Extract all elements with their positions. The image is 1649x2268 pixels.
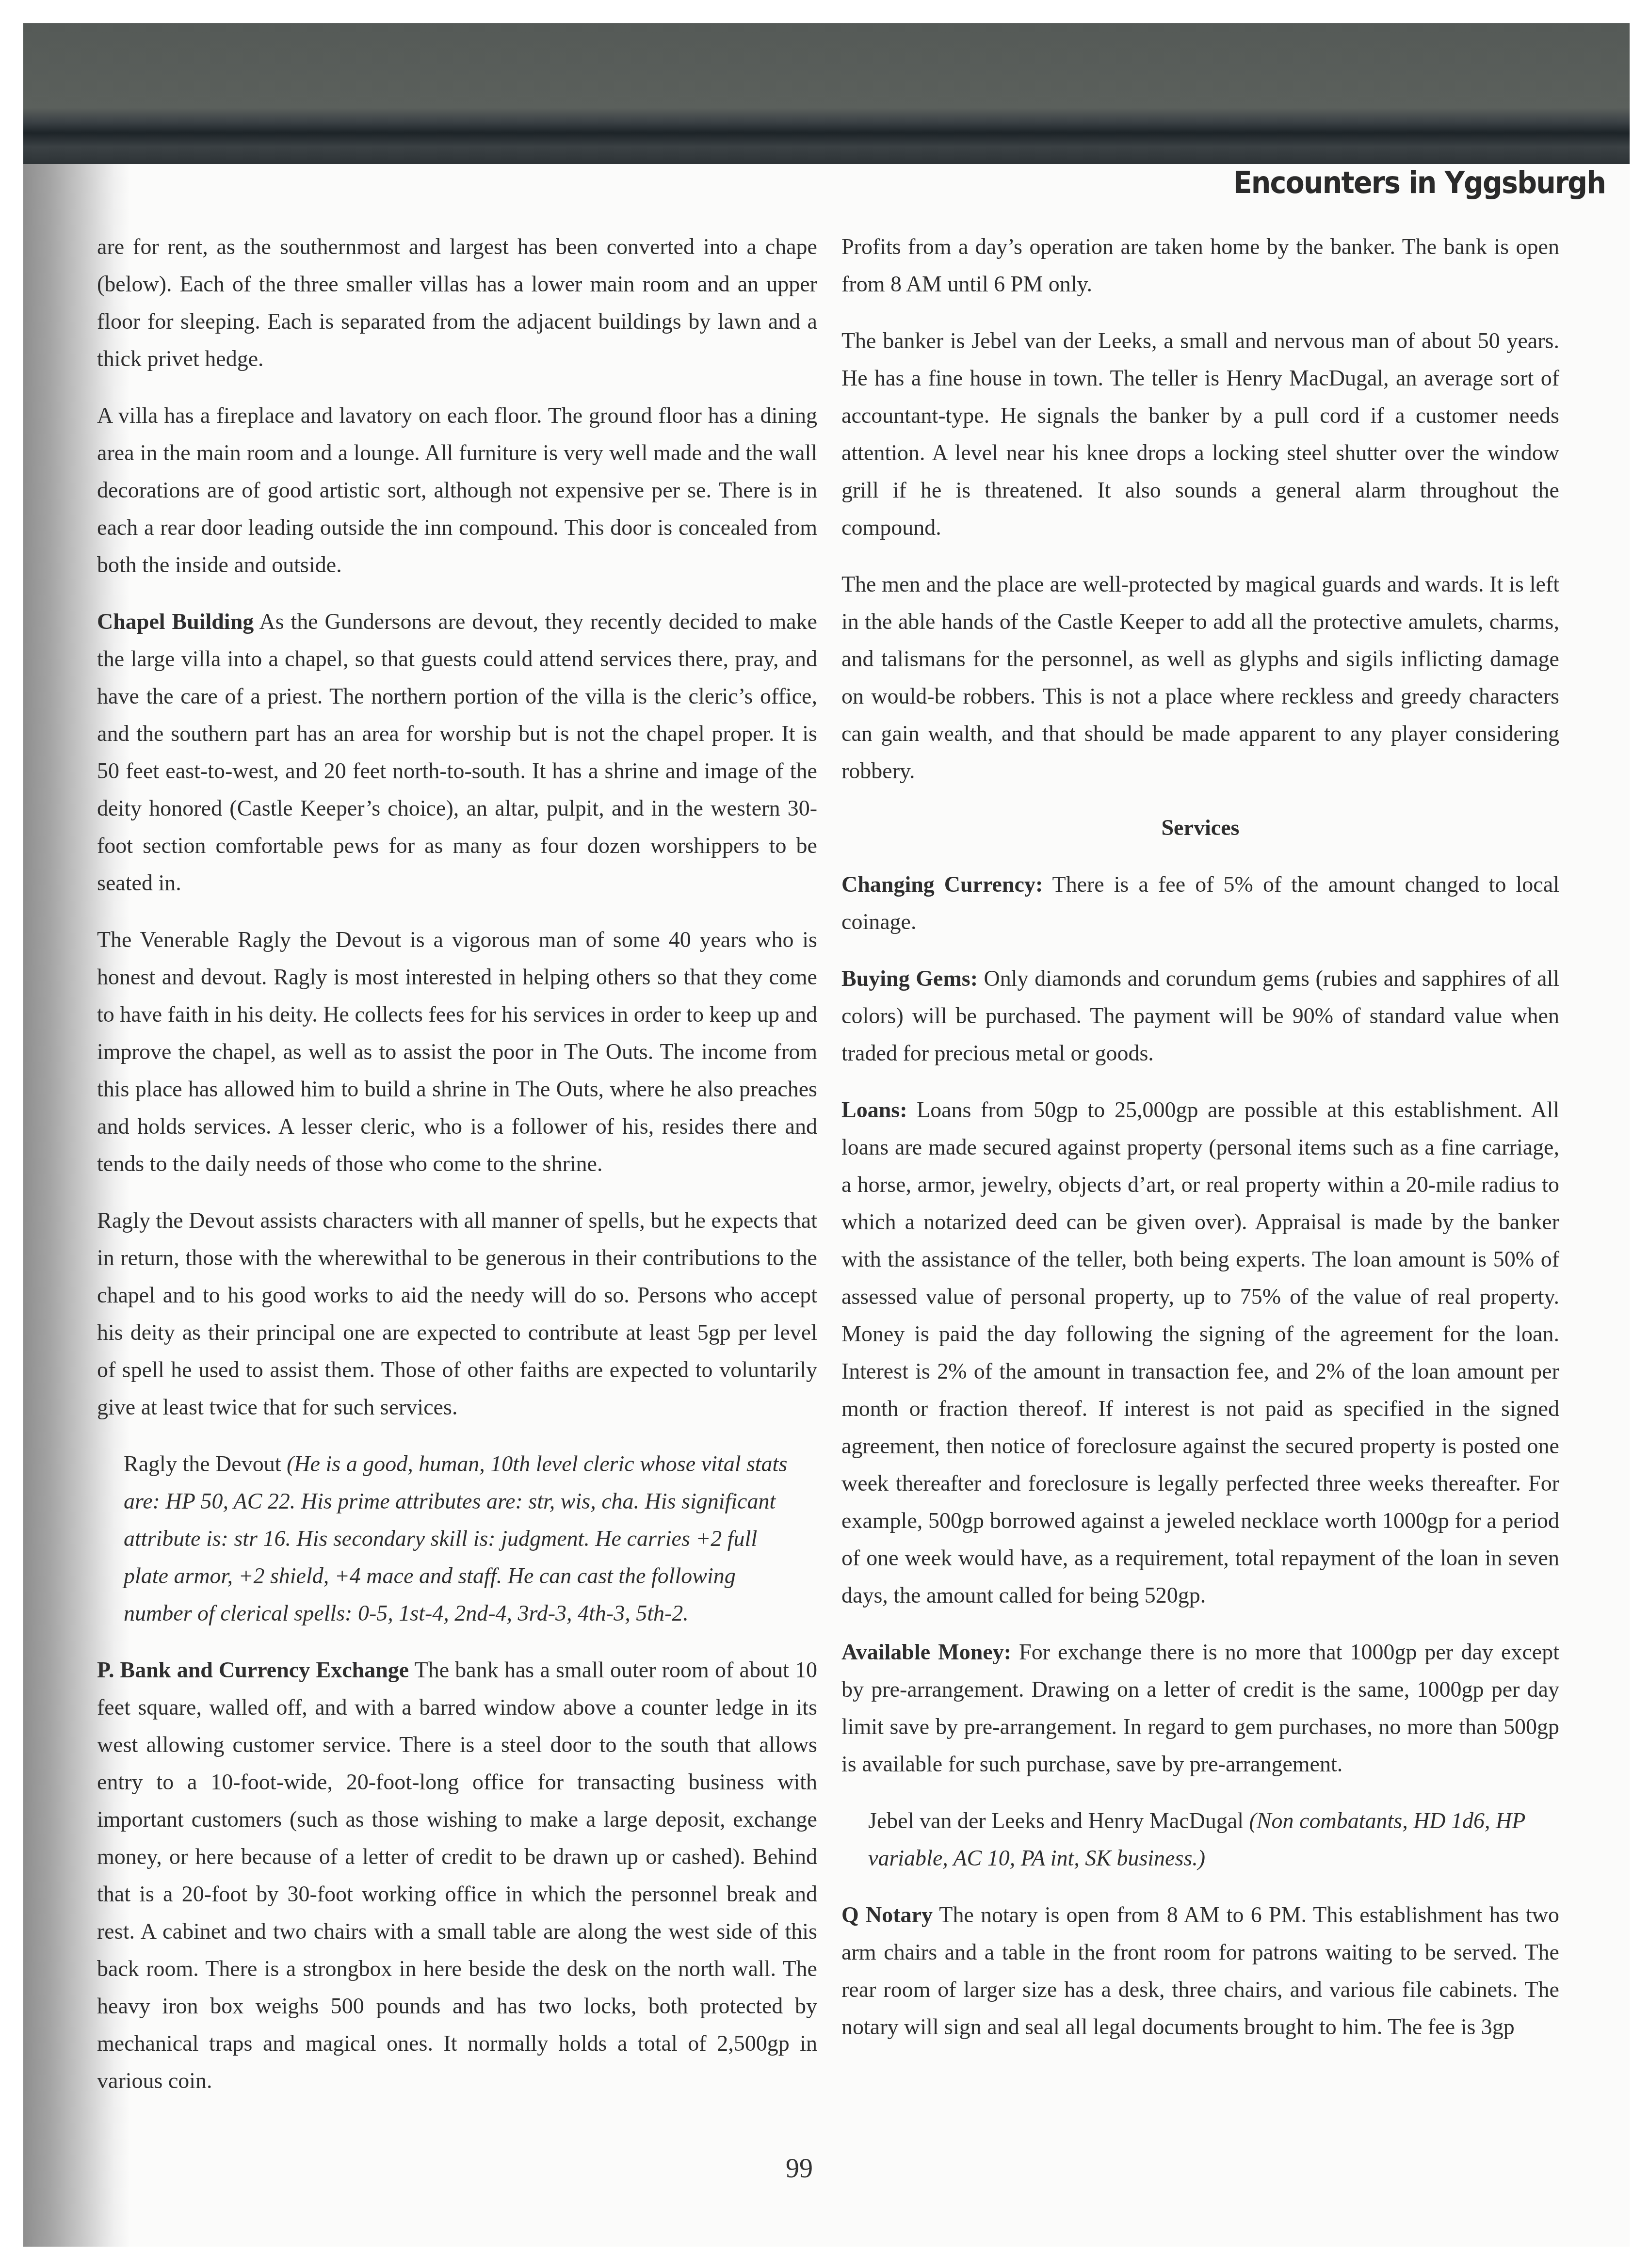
right-column: Profits from a day’s operation are taken… <box>841 228 1559 2065</box>
service-buying-gems: Buying Gems: Only diamonds and corundum … <box>841 960 1559 1072</box>
chapel-building-text: As the Gundersons are devout, they recen… <box>97 609 817 895</box>
villa-paragraph-2: A villa has a fireplace and lavatory on … <box>97 397 817 583</box>
ragly-services-paragraph: Ragly the Devout assists characters with… <box>97 1202 817 1426</box>
ragly-description-paragraph: The Venerable Ragly the Devout is a vigo… <box>97 921 817 1182</box>
bank-profits-paragraph: Profits from a day’s operation are taken… <box>841 228 1559 303</box>
service-label: Buying Gems: <box>841 966 978 991</box>
banker-paragraph: The banker is Jebel van der Leeks, a sma… <box>841 322 1559 546</box>
banker-stat-name: Jebel van der Leeks and Henry MacDugal <box>868 1808 1249 1833</box>
services-heading: Services <box>841 809 1559 846</box>
villa-paragraph-1: are for rent, as the southernmost and la… <box>97 228 817 377</box>
service-label: Available Money: <box>841 1640 1011 1664</box>
notary-paragraph: Q Notary The notary is open from 8 AM to… <box>841 1896 1559 2045</box>
scanner-lid-shadow <box>23 23 1630 164</box>
bank-paragraph: P. Bank and Currency Exchange The bank h… <box>97 1651 817 2099</box>
service-label: Loans: <box>841 1097 907 1122</box>
service-available-money: Available Money: For exchange there is n… <box>841 1633 1559 1783</box>
running-header-title: Encounters in Yggsburgh <box>1233 165 1605 200</box>
ragly-stat-name: Ragly the Devout <box>124 1451 287 1476</box>
protection-paragraph: The men and the place are well-protected… <box>841 565 1559 789</box>
service-label: Changing Currency: <box>841 872 1043 897</box>
notary-text: The notary is open from 8 AM to 6 PM. Th… <box>841 1902 1559 2039</box>
banker-stat-block: Jebel van der Leeks and Henry MacDugal (… <box>841 1802 1559 1877</box>
ragly-stat-block: Ragly the Devout (He is a good, human, 1… <box>97 1445 817 1632</box>
ragly-stat-details: (He is a good, human, 10th level cleric … <box>124 1451 787 1625</box>
service-text: Loans from 50gp to 25,000gp are possible… <box>841 1097 1559 1608</box>
bank-heading: P. Bank and Currency Exchange <box>97 1657 409 1682</box>
service-loans: Loans: Loans from 50gp to 25,000gp are p… <box>841 1091 1559 1614</box>
service-changing-currency: Changing Currency: There is a fee of 5% … <box>841 866 1559 940</box>
page-number: 99 <box>786 2153 813 2184</box>
left-column: are for rent, as the southernmost and la… <box>97 228 817 2119</box>
notary-heading: Q Notary <box>841 1902 933 1927</box>
bank-text: The bank has a small outer room of about… <box>97 1657 817 2093</box>
chapel-building-paragraph: Chapel Building As the Gundersons are de… <box>97 603 817 901</box>
chapel-building-heading: Chapel Building <box>97 609 254 634</box>
